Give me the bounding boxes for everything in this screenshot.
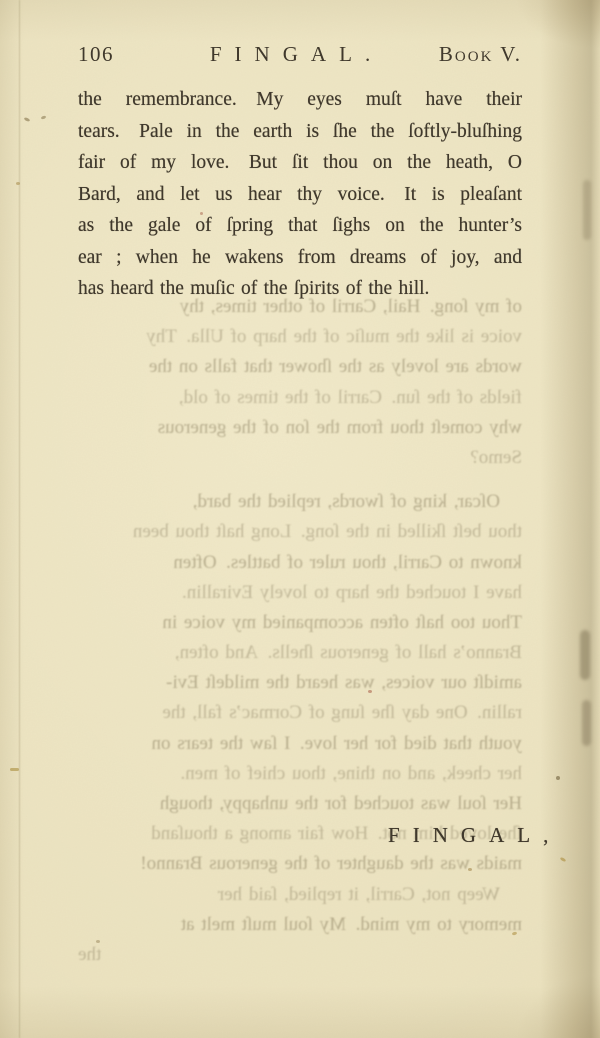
bleed-through-line: thou beſt ſkilled in the ſong. Long haſt… <box>78 517 522 547</box>
bleed-through-line: youth that died for her love. I ſaw the … <box>78 729 522 759</box>
foxing-speck <box>556 776 560 780</box>
page-edge-shadow <box>583 180 591 240</box>
bleed-through-line: voice is like the muſic of the harp of U… <box>78 322 522 352</box>
body-text-line: tears. Pale in the earth is ſhe the ſoft… <box>78 116 522 148</box>
verso-showthrough-block: of my ſong. Hail, Carril of other times,… <box>78 292 522 970</box>
bleed-through-line: Her ſoul was touched for the unhappy, th… <box>78 789 522 819</box>
bleed-through-line: Branno’s hall of generous ſhells. And of… <box>78 638 522 668</box>
body-text-block: the remembrance. My eyes muſt have their… <box>78 84 522 305</box>
bleed-through-line: the <box>78 940 522 970</box>
bleed-through-line: Weep not, Carril, it replied, ſaid her <box>78 880 522 910</box>
foxing-speck <box>10 768 19 771</box>
bleed-through-line: fields of the ſun. Carril of the times o… <box>78 383 522 413</box>
foxing-speck <box>560 857 567 863</box>
running-title: FINGAL. <box>210 42 383 67</box>
catchword: FINGAL, <box>388 823 561 848</box>
bleed-through-line: her cheek, and on thine, thou chief of m… <box>78 759 522 789</box>
foxing-speck <box>41 115 47 120</box>
page-edge-shadow <box>580 630 590 680</box>
bleed-through-line: memory to my mind. My ſoul muſt melt at <box>78 910 522 940</box>
book-page-scan: 106 FINGAL. Book V. the remembrance. My … <box>0 0 600 1038</box>
body-text-line: as the gale of ſpring that ſighs on the … <box>78 210 522 242</box>
page-header: 106 FINGAL. Book V. <box>0 42 600 68</box>
bleed-through-line: maids was the daughter of the generous B… <box>78 849 522 879</box>
page-number: 106 <box>78 42 114 67</box>
bleed-through-line: have I touched the harp to lovely Eviral… <box>78 578 522 608</box>
bleed-through-line: why comeſt thou from the ſon of the gene… <box>78 413 522 443</box>
book-chapter-label: Book V. <box>439 42 522 67</box>
foxing-speck <box>24 117 31 122</box>
page-edge-shadow <box>582 700 591 746</box>
bleed-through-line: amidſt our voices, was heard the mildeſt… <box>78 668 522 698</box>
bleed-through-line: words are lovely as the ſhower that fall… <box>78 352 522 382</box>
body-text-line: the remembrance. My eyes muſt have their <box>78 84 522 116</box>
body-text-line: has heard the muſic of the ſpirits of th… <box>78 273 522 305</box>
bleed-through-line: known to Carril, thou ruler of battles. … <box>78 548 522 578</box>
body-text-line: Bard, and let us hear thy voice. It is p… <box>78 179 522 211</box>
body-text-line: fair of my love. But ſit thou on the hea… <box>78 147 522 179</box>
bleed-through-line: Semo? <box>78 443 522 473</box>
foxing-speck <box>368 690 372 693</box>
foxing-speck <box>512 931 518 935</box>
bleed-through-line: Oſcar, king of ſwords, replied the bard, <box>78 487 522 517</box>
body-text-line: ear ; when he wakens from dreams of joy,… <box>78 242 522 274</box>
bleed-through-line: rallin. One day ſhe ſung of Cormac’s fal… <box>78 698 522 728</box>
bleed-through-line: Thou too haſt often accompanied my voice… <box>78 608 522 638</box>
paper-crease-line <box>19 0 20 1038</box>
foxing-speck <box>96 940 100 943</box>
foxing-speck <box>468 868 472 871</box>
